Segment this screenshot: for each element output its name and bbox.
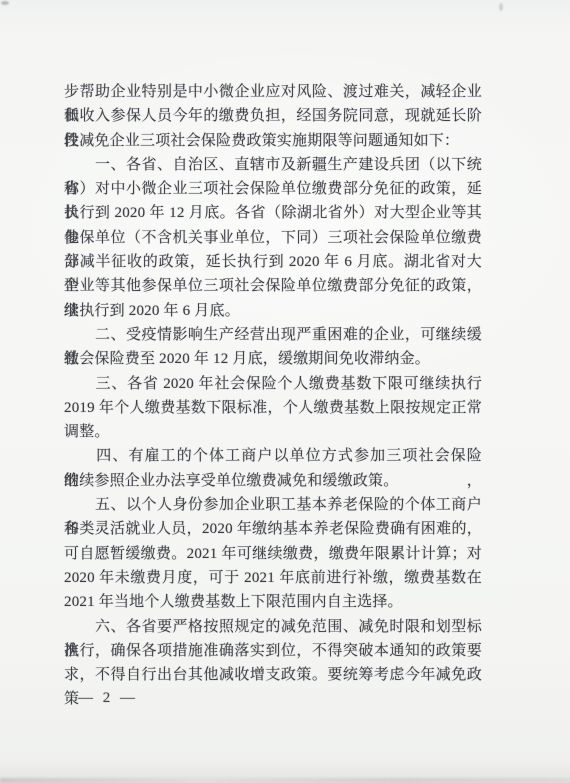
doc-line: 2019 年个人缴费基数下限标准，个人缴费基数上限按规定正常 (64, 396, 482, 420)
scanned-page: 步帮助企业特别是中小微企业应对风险、渡过难关，减轻企业和 低收入参保人员今年的缴… (0, 0, 570, 783)
scan-speck (1, 1, 9, 5)
doc-line: 二、受疫情影响生产经营出现严重困难的企业，可继续缓缴 (64, 323, 482, 347)
doc-line: 续执行到 2020 年 6 月底。 (64, 299, 482, 323)
doc-line: 省）对中小微企业三项社会保险单位缴费部分免征的政策，延长 (64, 177, 482, 201)
doc-line: 执行到 2020 年 12 月底。各省（除湖北省外）对大型企业等其他 (64, 201, 482, 225)
page-number: — 2 — (78, 690, 138, 707)
document-text: 步帮助企业特别是中小微企业应对风险、渡过难关，减轻企业和 低收入参保人员今年的缴… (64, 80, 482, 687)
scan-edge-artifact (0, 778, 570, 783)
doc-line: 分减半征收的政策，延长执行到 2020 年 6 月底。湖北省对大型 (64, 250, 482, 274)
doc-line: 步帮助企业特别是中小微企业应对风险、渡过难关，减轻企业和 (64, 80, 482, 104)
doc-line: 四、有雇工的个体工商户以单位方式参加三项社会保险的， (64, 444, 482, 468)
doc-line: 可自愿暂缓缴费。2021 年可继续缴费，缴费年限累计计算；对 (64, 542, 482, 566)
doc-line: 参保单位（不含机关事业单位，下同）三项社会保险单位缴费部 (64, 226, 482, 250)
doc-line: 性减免企业三项社会保险费政策实施期限等问题通知如下： (64, 129, 482, 153)
scan-speck (499, 3, 503, 11)
doc-line: 调整。 (64, 420, 482, 444)
doc-line: 低收入参保人员今年的缴费负担，经国务院同意，现就延长阶段 (64, 104, 482, 128)
doc-line: 2020 年未缴费月度，可于 2021 年底前进行补缴，缴费基数在 (64, 566, 482, 590)
doc-line: 企业等其他参保单位三项社会保险单位缴费部分免征的政策，继 (64, 274, 482, 298)
doc-line: 三、各省 2020 年社会保险个人缴费基数下限可继续执行 (64, 372, 482, 396)
doc-line: 各类灵活就业人员，2020 年缴纳基本养老保险费确有困难的， (64, 517, 482, 541)
doc-line: 2021 年当地个人缴费基数上下限范围内自主选择。 (64, 590, 482, 614)
doc-line: 五、以个人身份参加企业职工基本养老保险的个体工商户和 (64, 493, 482, 517)
doc-line: 一、各省、自治区、直辖市及新疆生产建设兵团（以下统称 (64, 153, 482, 177)
doc-line: 社会保险费至 2020 年 12 月底，缓缴期间免收滞纳金。 (64, 347, 482, 371)
doc-line: 执行，确保各项措施准确落实到位，不得突破本通知的政策要 (64, 639, 482, 663)
doc-line: 求，不得自行出台其他减收增支政策。要统筹考虑今年减免政策 (64, 663, 482, 687)
doc-line: 六、各省要严格按照规定的减免范围、减免时限和划型标准 (64, 615, 482, 639)
